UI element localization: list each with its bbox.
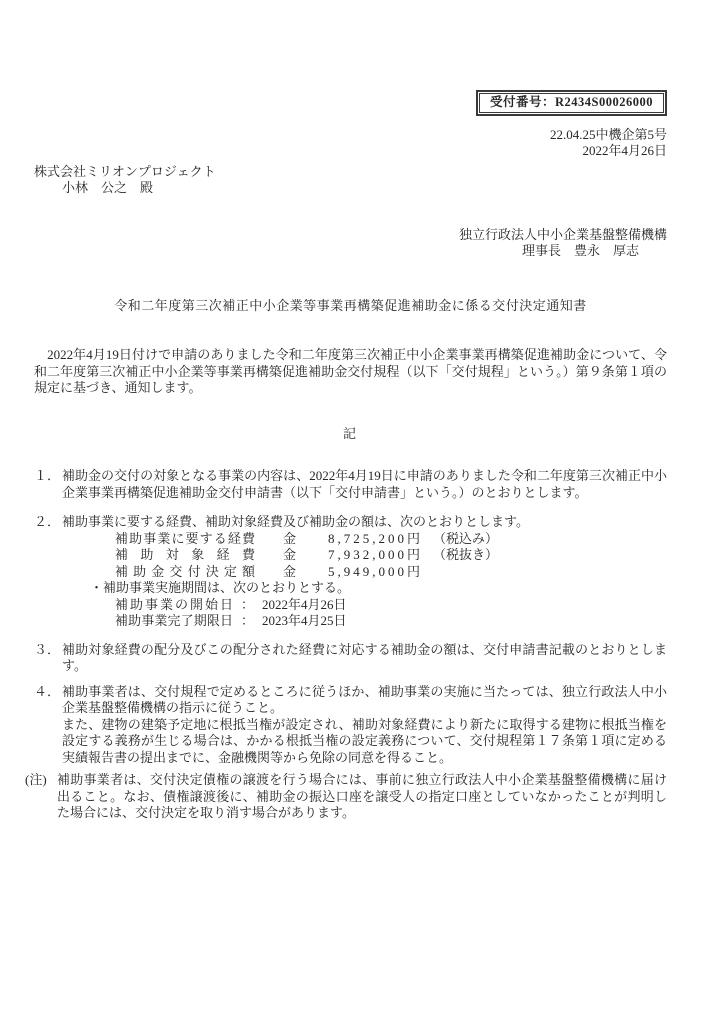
expense-tax-note: （税込み） (433, 531, 498, 548)
ref-block: 22.04.25中機企第5号 2022年4月26日 (34, 127, 667, 160)
period-row: 補助事業完了期限日 ： 2023年4月25日 (115, 613, 667, 630)
item-3-body: 補助対象経費の配分及びこの配分された経費に対応する補助金の額は、交付申請書記載の… (62, 642, 667, 675)
grant-decision-notice-page: 受付番号：R2434S00026000 22.04.25中機企第5号 2022年… (0, 0, 709, 1024)
expense-label: 補助対象経費 (115, 547, 255, 564)
addressee-block: 株式会社ミリオンプロジェクト 小林 公之 殿 (34, 164, 667, 197)
item-4-number: ４． (34, 684, 62, 767)
item-4-paragraph-2: また、建物の建築予定地に根抵当権が設定され、補助対象経費により新たに取得する建物… (62, 717, 667, 767)
item-2-number: ２． (34, 514, 62, 630)
receipt-number-text: 受付番号：R2434S00026000 (479, 93, 664, 113)
document-date: 2022年4月26日 (34, 143, 667, 160)
expense-kin: 金 (283, 564, 296, 581)
expense-row: 補助対象経費 金 7,932,000円 （税抜き） (115, 547, 667, 564)
period-header: ・補助事業実施期間は、次のとおりとする。 (90, 580, 667, 597)
expense-row: 補助金交付決定額 金 5,949,000円 (115, 564, 667, 581)
expense-label: 補助事業に要する経費 (115, 531, 255, 548)
period-label: 補助事業の開始日 (115, 597, 233, 614)
ki-marker: 記 (34, 426, 667, 443)
item-2: ２． 補助事業に要する経費、補助対象経費及び補助金の額は、次のとおりとします。 … (34, 514, 667, 630)
expense-kin: 金 (283, 547, 296, 564)
period-value: 2022年4月26日 (262, 597, 347, 614)
receipt-number-row: 受付番号：R2434S00026000 (34, 90, 667, 116)
period-colon: ： (241, 613, 254, 630)
document-title: 令和二年度第三次補正中小企業等事業再構築促進補助金に係る交付決定通知書 (34, 298, 667, 315)
period-row: 補助事業の開始日 ： 2022年4月26日 (115, 597, 667, 614)
expense-tax-note: （税抜き） (433, 547, 498, 564)
expense-amount: 7,932,000円 (328, 547, 423, 564)
item-4: ４． 補助事業者は、交付規程で定めるところに従うほか、補助事業の実施に当たっては… (34, 684, 667, 767)
item-1-number: １． (34, 468, 62, 501)
period-label: 補助事業完了期限日 (115, 613, 233, 630)
item-1-body: 補助金の交付の対象となる事業の内容は、2022年4月19日に申請のありました令和… (62, 468, 667, 501)
addressee-company: 株式会社ミリオンプロジェクト (34, 164, 667, 181)
expense-table: 補助事業に要する経費 金 8,725,200円 （税込み） 補助対象経費 金 7… (115, 531, 667, 581)
period-value: 2023年4月25日 (262, 613, 347, 630)
period-colon: ： (241, 597, 254, 614)
receipt-number-box: 受付番号：R2434S00026000 (476, 90, 667, 116)
addressee-person: 小林 公之 殿 (62, 180, 667, 197)
item-2-header: 補助事業に要する経費、補助対象経費及び補助金の額は、次のとおりとします。 (62, 514, 667, 531)
sender-block: 独立行政法人中小企業基盤整備機構 理事長 豊永 厚志 (34, 227, 667, 260)
item-2-body: 補助事業に要する経費、補助対象経費及び補助金の額は、次のとおりとします。 補助事… (62, 514, 667, 630)
expense-kin: 金 (283, 531, 296, 548)
expense-label: 補助金交付決定額 (115, 564, 255, 581)
intro-paragraph: 2022年4月19日付けで申請のありました令和二年度第三次補正中小企業事業再構築… (34, 347, 667, 397)
document-ref-number: 22.04.25中機企第5号 (34, 127, 667, 144)
note-item: (注) 補助事業者は、交付決定債権の譲渡を行う場合には、事前に独立行政法人中小企… (25, 772, 667, 822)
sender-person: 理事長 豊永 厚志 (459, 243, 667, 260)
expense-row: 補助事業に要する経費 金 8,725,200円 （税込み） (115, 531, 667, 548)
item-4-body: 補助事業者は、交付規程で定めるところに従うほか、補助事業の実施に当たっては、独立… (62, 684, 667, 767)
item-3: ３． 補助対象経費の配分及びこの配分された経費に対応する補助金の額は、交付申請書… (34, 642, 667, 675)
item-3-number: ３． (34, 642, 62, 675)
item-4-paragraph-1: 補助事業者は、交付規程で定めるところに従うほか、補助事業の実施に当たっては、独立… (62, 684, 667, 717)
expense-amount: 5,949,000円 (328, 564, 423, 581)
expense-amount: 8,725,200円 (328, 531, 423, 548)
sender-inner: 独立行政法人中小企業基盤整備機構 理事長 豊永 厚志 (459, 227, 667, 260)
note-body: 補助事業者は、交付決定債権の譲渡を行う場合には、事前に独立行政法人中小企業基盤整… (57, 772, 667, 822)
note-label: (注) (25, 772, 57, 822)
item-1: １． 補助金の交付の対象となる事業の内容は、2022年4月19日に申請のありまし… (34, 468, 667, 501)
sender-organization: 独立行政法人中小企業基盤整備機構 (459, 227, 667, 244)
